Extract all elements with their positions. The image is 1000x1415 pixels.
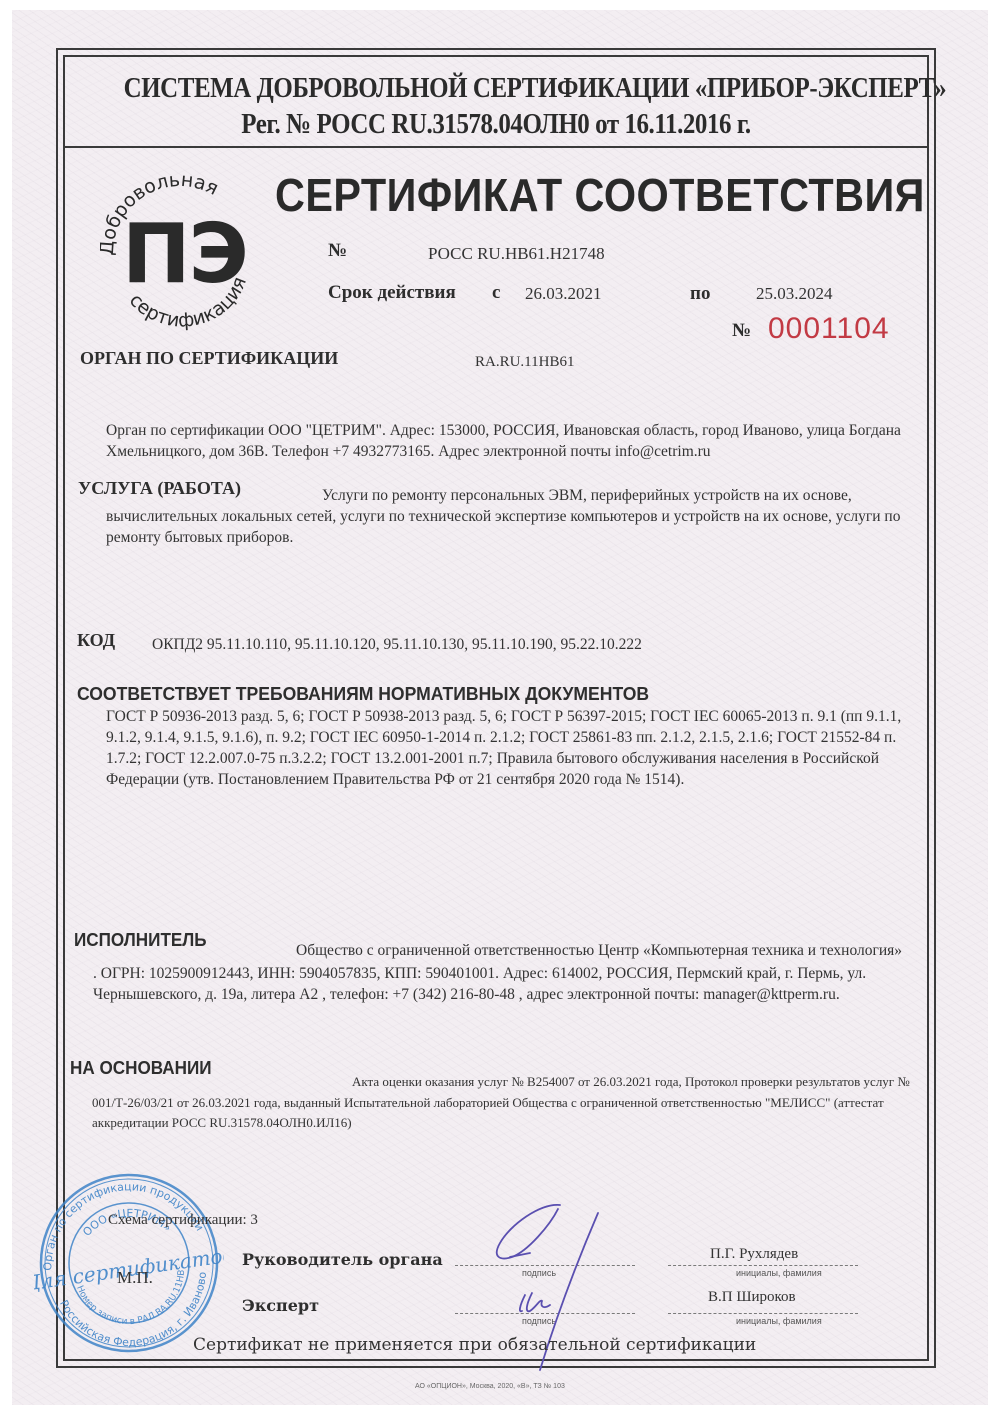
validity-from-label: с <box>492 282 500 304</box>
blank-serial-number: 0001104 <box>768 312 890 346</box>
head-name-line <box>668 1265 858 1266</box>
service-description: вычислительных локальных сетей, услуги п… <box>106 506 946 548</box>
certification-scheme: Схема сертификации: 3 <box>108 1212 258 1229</box>
expert-name-caption: инициалы, фамилия <box>736 1316 822 1326</box>
head-name: П.Г. Рухлядев <box>710 1246 798 1263</box>
basis-line-1: Акта оценки оказания услуг № B254007 от … <box>352 1072 910 1092</box>
certification-body-stamp: Орган по сертификации продукции ООО «ЦЕТ… <box>34 1168 224 1358</box>
executor-line-1: Общество с ограниченной ответственностью… <box>296 940 902 961</box>
requirements-documents: ГОСТ Р 50936-2013 разд. 5, 6; ГОСТ Р 509… <box>106 706 926 790</box>
voluntary-certification-logo: Добровольная сертификация ПЭ <box>100 172 260 332</box>
certification-body-label: ОРГАН ПО СЕРТИФИКАЦИИ <box>80 348 338 369</box>
system-title: СИСТЕМА ДОБРОВОЛЬНОЙ СЕРТИФИКАЦИИ «ПРИБО… <box>124 72 869 105</box>
code-label: КОД <box>77 630 115 651</box>
service-line-1: Услуги по ремонту персональных ЭВМ, пери… <box>322 485 852 506</box>
printer-imprint: АО «ОПЦИОН», Москва, 2020, «В», ТЗ № 103 <box>415 1383 565 1390</box>
stamp-seal-icon: Орган по сертификации продукции ООО «ЦЕТ… <box>34 1168 224 1358</box>
certification-body-code: RA.RU.11HB61 <box>475 354 574 371</box>
system-registration: Рег. № РОСС RU.31578.04ОЛН0 от 16.11.201… <box>124 108 869 141</box>
validity-label: Срок действия <box>328 282 456 304</box>
head-name-caption: инициалы, фамилия <box>736 1268 822 1278</box>
number-label: № <box>328 240 347 262</box>
validity-from-date: 26.03.2021 <box>525 284 602 304</box>
logo-letters: ПЭ <box>122 214 242 296</box>
okpd2-codes: ОКПД2 95.11.10.110, 95.11.10.120, 95.11.… <box>152 634 642 655</box>
blank-number-label: № <box>732 320 751 342</box>
expert-label: Эксперт <box>242 1296 319 1315</box>
certificate-title: СЕРТИФИКАТ СООТВЕТСТВИЯ <box>275 168 925 222</box>
validity-to-label: по <box>690 283 710 305</box>
expert-name-line <box>668 1313 858 1314</box>
certificate-number: РОСС RU.HB61.H21748 <box>428 244 605 264</box>
requirements-label: СООТВЕТСТВУЕТ ТРЕБОВАНИЯМ НОРМАТИВНЫХ ДО… <box>77 683 649 705</box>
voluntary-only-note: Сертификат не применяется при обязательн… <box>193 1335 756 1355</box>
certification-body-description: Орган по сертификации ООО "ЦЕТРИМ". Адре… <box>106 420 916 462</box>
head-of-body-label: Руководитель органа <box>242 1250 443 1269</box>
service-label: УСЛУГА (РАБОТА) <box>78 478 241 499</box>
basis-label: НА ОСНОВАНИИ <box>70 1058 212 1079</box>
basis-details: 001/Т-26/03/21 от 26.03.2021 года, выдан… <box>92 1093 927 1133</box>
header-divider <box>63 146 929 148</box>
executor-label: ИСПОЛНИТЕЛЬ <box>74 930 207 951</box>
validity-to-date: 25.03.2024 <box>756 284 833 304</box>
executor-details: . ОГРН: 1025900912443, ИНН: 5904057835, … <box>93 963 943 1005</box>
expert-name: В.П Широков <box>708 1289 796 1306</box>
seal-place-mp: М.П. <box>117 1268 153 1288</box>
